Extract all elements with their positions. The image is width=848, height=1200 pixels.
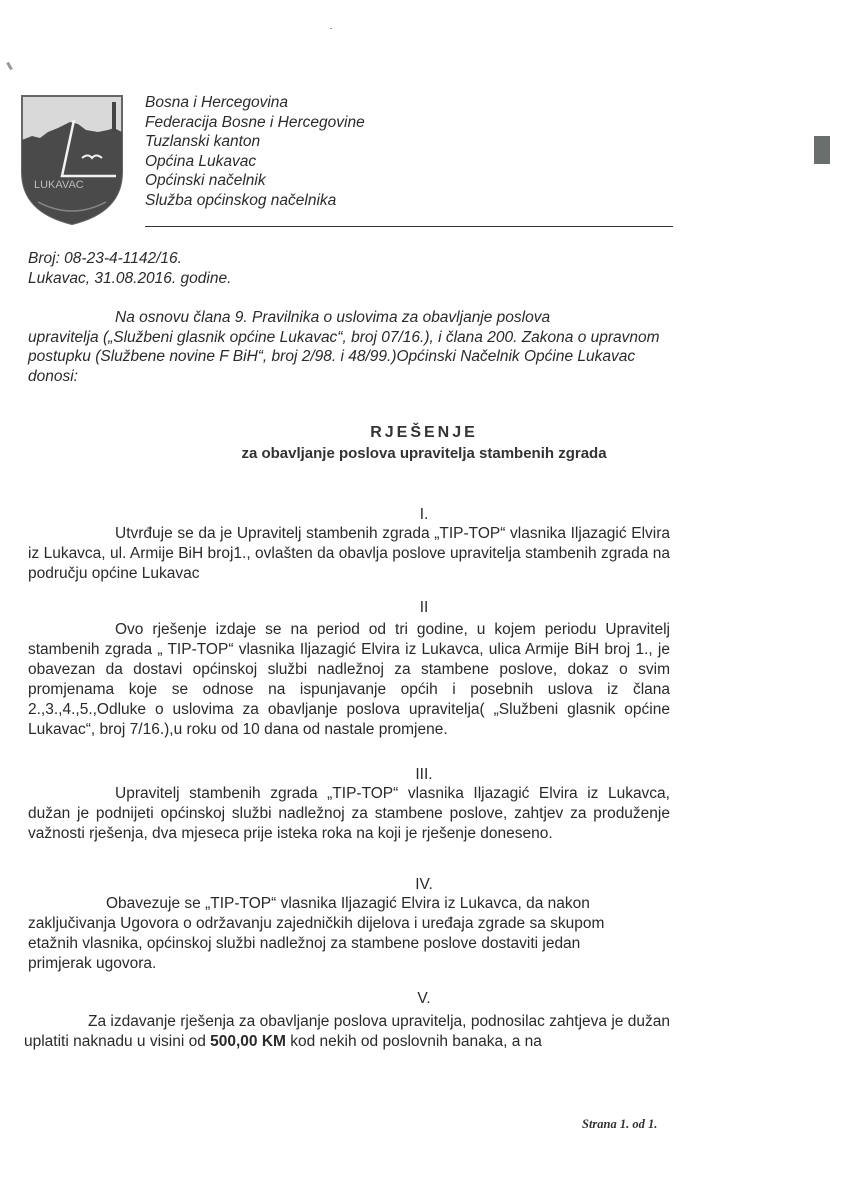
section-number-4: IV.: [0, 876, 848, 894]
header-divider: [145, 226, 673, 227]
scan-speck: [330, 28, 332, 29]
section-4-body: Obavezuje se „TIP-TOP“ vlasnika Iljazagi…: [28, 895, 604, 972]
intro-first-line: Na osnovu člana 9. Pravilnika o uslovima…: [28, 308, 678, 328]
section-5-text: Za izdavanje rješenja za obavljanje posl…: [24, 1012, 670, 1052]
header-line-municipality: Općina Lukavac: [145, 152, 365, 172]
header-line-service: Služba općinskog načelnika: [145, 191, 365, 211]
section-3-text: Upravitelj stambenih zgrada „TIP-TOP“ vl…: [28, 784, 670, 844]
section-4-text: Obavezuje se „TIP-TOP“ vlasnika Iljazagi…: [28, 894, 640, 974]
section-1-text: Utvrđuje se da je Upravitelj stambenih z…: [28, 524, 670, 584]
header-line-federation: Federacija Bosne i Hercegovine: [145, 113, 365, 133]
section-number-3: III.: [0, 766, 848, 784]
page-number: Strana 1. od 1.: [582, 1117, 657, 1132]
place-and-date: Lukavac, 31.08.2016. godine.: [28, 269, 231, 289]
lukavac-coat-of-arms-logo: LUKAVAC: [18, 92, 126, 228]
document-title: RJEŠENJE: [0, 424, 848, 442]
section-number-5: V.: [0, 990, 848, 1008]
section-3-body: Upravitelj stambenih zgrada „TIP-TOP“ vl…: [28, 785, 670, 842]
section-5-body-end: kod nekih od poslovnih banaka, a na: [286, 1033, 542, 1050]
legal-basis-intro: Na osnovu člana 9. Pravilnika o uslovima…: [28, 308, 678, 386]
document-subtitle: za obavljanje poslova upravitelja stambe…: [0, 445, 848, 462]
scan-artifact-mark: [814, 136, 830, 164]
section-1-body: Utvrđuje se da je Upravitelj stambenih z…: [28, 525, 670, 582]
section-number-1: I.: [0, 506, 848, 524]
reference-number: Broj: 08-23-4-1142/16.: [28, 249, 231, 269]
coat-of-arms-icon: LUKAVAC: [18, 92, 126, 228]
document-reference: Broj: 08-23-4-1142/16. Lukavac, 31.08.20…: [28, 249, 231, 288]
scan-speck: [6, 62, 13, 70]
intro-rest: upravitelja („Službeni glasnik općine Lu…: [28, 328, 678, 387]
svg-text:LUKAVAC: LUKAVAC: [34, 179, 84, 191]
issuing-authority-header: Bosna i Hercegovina Federacija Bosne i H…: [145, 93, 365, 210]
fee-amount: 500,00 KM: [210, 1033, 286, 1050]
header-line-canton: Tuzlanski kanton: [145, 132, 365, 152]
section-2-text: Ovo rješenje izdaje se na period od tri …: [28, 620, 670, 740]
header-line-country: Bosna i Hercegovina: [145, 93, 365, 113]
header-line-mayor: Općinski načelnik: [145, 171, 365, 191]
section-number-2: II: [0, 599, 848, 617]
section-2-body: Ovo rješenje izdaje se na period od tri …: [28, 621, 670, 738]
